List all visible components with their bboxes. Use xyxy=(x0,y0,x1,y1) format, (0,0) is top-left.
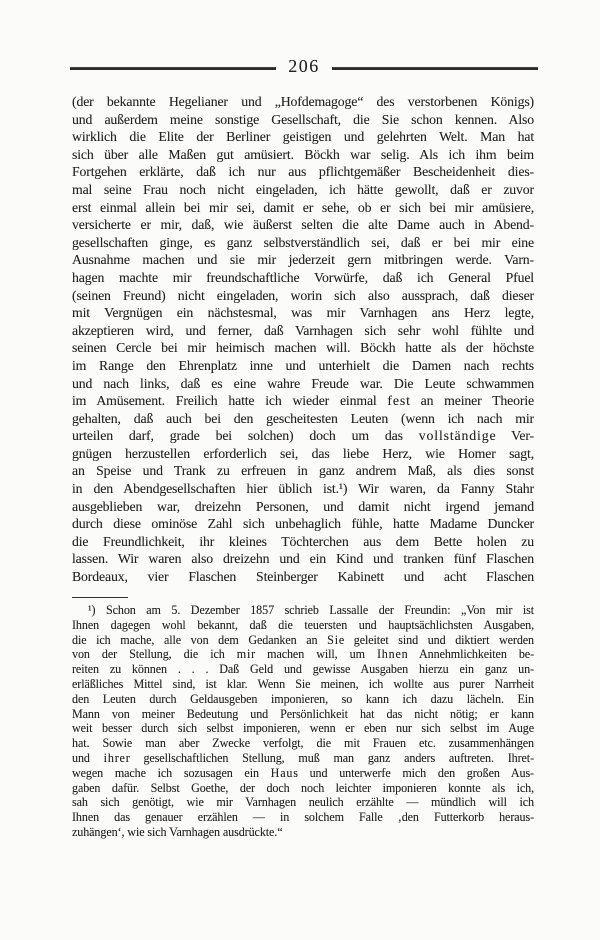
footnote-line: Ihnen dagegen wohl bekannt, daß die teue… xyxy=(72,618,534,633)
footnote-line: erläßliches Mittel sind, ist klar. Wenn … xyxy=(72,677,534,692)
footnote-line: hat. Sowie man aber Zwecke verfolgt, die… xyxy=(72,736,534,751)
body-line: in den Abendgesellschaften hier üblich i… xyxy=(72,480,534,498)
footnote-line: wegen mache ich sozusagen ein H a u s un… xyxy=(72,766,534,781)
body-line: und nach links, daß es eine wahre Freude… xyxy=(72,375,534,393)
page-header: 206 xyxy=(70,59,538,77)
body-line: sich über alle Maßen gut amüsiert. Böckh… xyxy=(72,146,534,164)
body-line: erst einmal allein bei mir sei, damit er… xyxy=(72,199,534,217)
body-line: (der bekannte Hegelianer und „Hofdemagog… xyxy=(72,93,534,111)
body-line: ausgeblieben war, dreizehn Personen, und… xyxy=(72,498,534,516)
footnote-line: von der Stellung, die ich m i r machen w… xyxy=(72,647,534,662)
book-page: 206 (der bekannte Hegelianer und „Hofdem… xyxy=(0,0,600,940)
footnote-line: weit besser durch sich selbst imponieren… xyxy=(72,721,534,736)
footnote-line: Mann von meiner Bedeutung und Persönlich… xyxy=(72,707,534,722)
footnote-line: den Leuten durch Geldausgeben imponieren… xyxy=(72,692,534,707)
header-rule-left xyxy=(70,67,276,70)
body-line: gehalten, daß auch bei den gescheitesten… xyxy=(72,410,534,428)
body-line: mit Vergnügen ein nächstesmal, was mir V… xyxy=(72,304,534,322)
body-line: versicherte er mir, daß, wie äußerst sel… xyxy=(72,216,534,234)
footnote-line: reiten zu können . . . Daß Geld und gewi… xyxy=(72,662,534,677)
footnote-line: und i h r e r gesellschaftlichen Stellun… xyxy=(72,751,534,766)
body-line: im Amüsement. Freilich hatte ich wieder … xyxy=(72,392,534,410)
body-line: urteilen darf, grade bei solchen) doch u… xyxy=(72,427,534,445)
body-line: Fortgehen erklärte, daß ich nur aus pfli… xyxy=(72,163,534,181)
body-line: (seinen Freund) nicht eingeladen, worin … xyxy=(72,287,534,305)
body-line: im Range den Ehrenplatz inne und unterhi… xyxy=(72,357,534,375)
body-line: die Freundlichkeit, ihr kleines Töchterc… xyxy=(72,533,534,551)
header-rule-right xyxy=(332,67,538,70)
body-line: hagen machte mir freundschaftliche Vorwü… xyxy=(72,269,534,287)
body-line: mal seine Frau noch nicht eingeladen, ic… xyxy=(72,181,534,199)
body-line: akzeptieren wird, und ferner, daß Varnha… xyxy=(72,322,534,340)
body-line: seinen Cercle bei mir heimisch machen wi… xyxy=(72,339,534,357)
footnote-line: ¹) Schon am 5. Dezember 1857 schrieb Las… xyxy=(72,603,534,618)
footnote-line: gaben dafür. Selbst Goethe, der doch noc… xyxy=(72,781,534,796)
body-text: (der bekannte Hegelianer und „Hofdemagog… xyxy=(72,93,534,586)
body-line: Ausnahme machen und sie mir jederzeit ge… xyxy=(72,251,534,269)
body-line: gnügen herzustellen erforderlich sei, da… xyxy=(72,445,534,463)
body-line: durch diese ominöse Zahl sich unbehaglic… xyxy=(72,515,534,533)
body-line: wirklich die Elite der Berliner geistige… xyxy=(72,128,534,146)
page-number: 206 xyxy=(288,57,320,75)
footnote-text: ¹) Schon am 5. Dezember 1857 schrieb Las… xyxy=(72,603,534,840)
footnote-line: die ich mache, alle von dem Gedanken an … xyxy=(72,633,534,648)
body-line: an Speise und Trank zu erfreuen in ganz … xyxy=(72,462,534,480)
footnote-line: sah sich genötigt, wie mir Varnhagen neu… xyxy=(72,795,534,810)
body-line: und außerdem meine sonstige Gesellschaft… xyxy=(72,111,534,129)
body-line: Bordeaux, vier Flaschen Steinberger Kabi… xyxy=(72,568,534,586)
body-line: gesellschaften ginge, es ganz selbstvers… xyxy=(72,234,534,252)
footnote-line: Ihnen das genauer erzählen — in solchem … xyxy=(72,810,534,825)
body-line: lassen. Wir waren also dreizehn und ein … xyxy=(72,550,534,568)
footnote-separator-rule xyxy=(72,597,128,598)
footnote-line: zuhängen‘, wie sich Varnhagen ausdrückte… xyxy=(72,825,534,840)
